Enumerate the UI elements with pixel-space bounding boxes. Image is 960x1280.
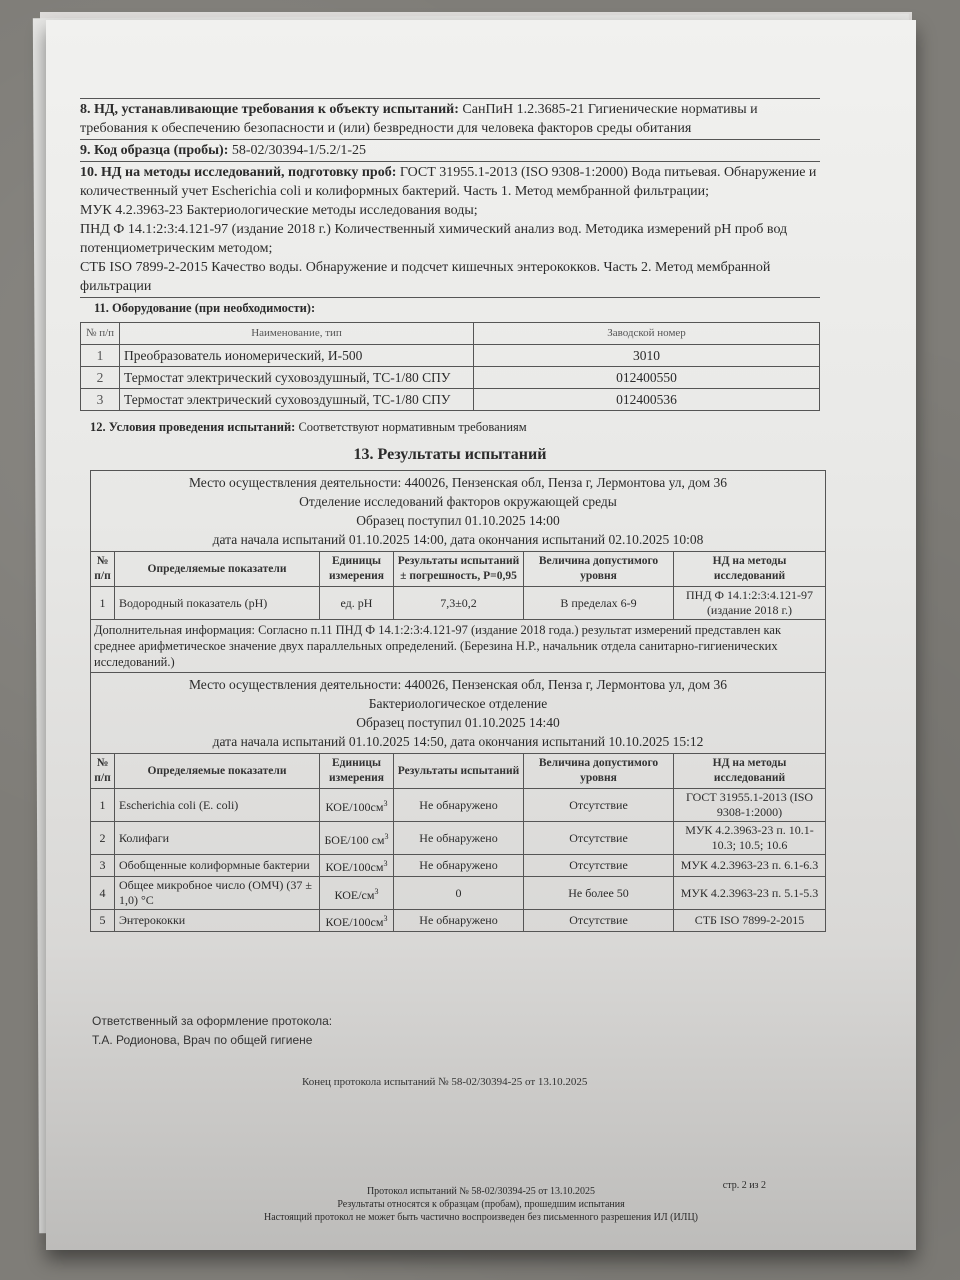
col-header: Наименование, тип (120, 323, 474, 345)
unit-exponent: 3 (383, 914, 387, 923)
col-header: № п/п (81, 323, 120, 345)
row-number: 1 (91, 789, 115, 822)
unit-exponent: 3 (383, 859, 387, 868)
method: МУК 4.2.3963-23 п. 10.1-10.3; 10.5; 10.6 (674, 822, 826, 855)
equipment-table: № п/п Наименование, тип Заводской номер … (80, 322, 820, 411)
col-header: Величина допустимого уровня (524, 552, 674, 587)
footer-line: Протокол испытаний № 58-02/30394-25 от 1… (46, 1185, 916, 1198)
col-header: НД на методы исследований (674, 754, 826, 789)
table-row: 5ЭнтерококкиКОЕ/100см3Не обнаруженоОтсут… (91, 910, 826, 932)
col-header: Единицы измерения (320, 754, 394, 789)
indicator: Водородный показатель (pH) (115, 587, 320, 620)
results-title: 13. Результаты испытаний (80, 445, 820, 464)
unit-text: БОЕ/100 см (324, 833, 384, 847)
col-header: Определяемые показатели (115, 552, 320, 587)
col-header: Заводской номер (474, 323, 820, 345)
equipment-name: Термостат электрический суховоздушный, Т… (120, 367, 474, 389)
result: 7,3±0,2 (394, 587, 524, 620)
sample-received: Образец поступил 01.10.2025 14:00 (91, 511, 825, 530)
section-11: 11. Оборудование (при необходимости): № … (80, 297, 820, 412)
limit: В пределах 6-9 (524, 587, 674, 620)
equipment-header-row: № п/п Наименование, тип Заводской номер (81, 323, 820, 345)
block-header: Место осуществления деятельности: 440026… (91, 471, 826, 552)
col-header: Определяемые показатели (115, 754, 320, 789)
method: МУК 4.2.3963-23 п. 6.1-6.3 (674, 855, 826, 877)
col-header: Единицы измерения (320, 552, 394, 587)
test-dates: дата начала испытаний 01.10.2025 14:00, … (91, 530, 825, 549)
section-9: 9. Код образца (пробы): 58-02/30394-1/5.… (80, 139, 820, 161)
unit-exponent: 3 (385, 832, 389, 841)
activity-location: Место осуществления деятельности: 440026… (91, 675, 825, 694)
col-header: Результаты испытаний ± погрешность, Р=0,… (394, 552, 524, 587)
col-header: № п/п (91, 552, 115, 587)
indicator: Общее микробное число (ОМЧ) (37 ± 1,0) °… (115, 877, 320, 910)
responsible-block: Ответственный за оформление протокола: Т… (92, 1012, 332, 1050)
test-dates: дата начала испытаний 01.10.2025 14:50, … (91, 732, 825, 751)
footer-line: Настоящий протокол не может быть частичн… (46, 1211, 916, 1224)
row-number: 3 (91, 855, 115, 877)
document-page: 8. НД, устанавливающие требования к объе… (46, 20, 916, 1250)
indicator: Escherichia coli (E. coli) (115, 789, 320, 822)
method: ПНД Ф 14.1:2:3:4.121-97 (издание 2018 г.… (674, 587, 826, 620)
method-line: ПНД Ф 14.1:2:3:4.121-97 (издание 2018 г.… (80, 222, 787, 256)
results-header-row: № п/п Определяемые показатели Единицы из… (91, 552, 826, 587)
limit: Отсутствие (524, 855, 674, 877)
unit-exponent: 3 (374, 887, 378, 896)
section-8-label: 8. НД, устанавливающие требования к объе… (80, 102, 459, 117)
unit: КОЕ/100см3 (320, 789, 394, 822)
sample-code: 58-02/30394-1/5.2/1-25 (232, 143, 366, 158)
serial-number: 3010 (474, 345, 820, 367)
row-number: 2 (81, 367, 120, 389)
table-row: 4Общее микробное число (ОМЧ) (37 ± 1,0) … (91, 877, 826, 910)
indicator: Обобщенные колиформные бактерии (115, 855, 320, 877)
test-conditions: Соответствуют нормативным требованиям (298, 420, 526, 434)
section-9-label: 9. Код образца (пробы): (80, 143, 228, 158)
limit: Отсутствие (524, 789, 674, 822)
unit-text: КОЕ/100см (326, 915, 384, 929)
unit: КОЕ/100см3 (320, 910, 394, 932)
limit: Отсутствие (524, 910, 674, 932)
col-header: № п/п (91, 754, 115, 789)
footer-line: Результаты относятся к образцам (пробам)… (46, 1198, 916, 1211)
equipment-name: Термостат электрический суховоздушный, Т… (120, 389, 474, 411)
limit: Отсутствие (524, 822, 674, 855)
row-number: 4 (91, 877, 115, 910)
row-number: 1 (81, 345, 120, 367)
indicator: Энтерококки (115, 910, 320, 932)
serial-number: 012400536 (474, 389, 820, 411)
table-row: 1Escherichia coli (E. coli)КОЕ/100см3Не … (91, 789, 826, 822)
additional-info-row: Дополнительная информация: Согласно п.11… (91, 620, 826, 673)
section-11-label: 11. Оборудование (при необходимости): (94, 299, 820, 318)
method-line: СТБ ISO 7899-2-2015 Качество воды. Обнар… (80, 260, 770, 294)
end-of-protocol: Конец протокола испытаний № 58-02/30394-… (302, 1076, 587, 1088)
department: Бактериологическое отделение (91, 694, 825, 713)
department: Отделение исследований факторов окружающ… (91, 492, 825, 511)
section-10: 10. НД на методы исследований, подготовк… (80, 161, 820, 297)
sample-received: Образец поступил 01.10.2025 14:40 (91, 713, 825, 732)
unit-text: КОЕ/см (335, 888, 375, 902)
result: Не обнаружено (394, 822, 524, 855)
table-row: 3 Термостат электрический суховоздушный,… (81, 389, 820, 411)
row-number: 2 (91, 822, 115, 855)
col-header: НД на методы исследований (674, 552, 826, 587)
activity-location: Место осуществления деятельности: 440026… (91, 473, 825, 492)
protocol-body: 8. НД, устанавливающие требования к объе… (80, 98, 820, 932)
section-12: 12. Условия проведения испытаний: Соотве… (90, 418, 820, 437)
equipment-name: Преобразователь иономерический, И-500 (120, 345, 474, 367)
block-header: Место осуществления деятельности: 440026… (91, 673, 826, 754)
unit-text: КОЕ/100см (326, 860, 384, 874)
results-header-row: № п/п Определяемые показатели Единицы из… (91, 754, 826, 789)
result: 0 (394, 877, 524, 910)
method: МУК 4.2.3963-23 п. 5.1-5.3 (674, 877, 826, 910)
result: Не обнаружено (394, 789, 524, 822)
additional-info: Дополнительная информация: Согласно п.11… (91, 620, 826, 673)
unit-exponent: 3 (383, 799, 387, 808)
limit: Не более 50 (524, 877, 674, 910)
col-header: Величина допустимого уровня (524, 754, 674, 789)
table-row: 2 Термостат электрический суховоздушный,… (81, 367, 820, 389)
page-footer: Протокол испытаний № 58-02/30394-25 от 1… (46, 1185, 916, 1224)
table-row: 1 Водородный показатель (pH) ед. pH 7,3±… (91, 587, 826, 620)
col-header: Результаты испытаний (394, 754, 524, 789)
bacteriology-rows: 1Escherichia coli (E. coli)КОЕ/100см3Не … (91, 789, 826, 932)
table-row: 2КолифагиБОЕ/100 см3Не обнаруженоОтсутст… (91, 822, 826, 855)
method: ГОСТ 31955.1-2013 (ISO 9308-1:2000) (674, 789, 826, 822)
row-number: 5 (91, 910, 115, 932)
section-8: 8. НД, устанавливающие требования к объе… (80, 98, 820, 139)
section-10-label: 10. НД на методы исследований, подготовк… (80, 165, 396, 180)
responsible-label: Ответственный за оформление протокола: (92, 1012, 332, 1031)
results-table: Место осуществления деятельности: 440026… (90, 470, 826, 932)
unit: ед. pH (320, 587, 394, 620)
method-line: МУК 4.2.3963-23 Бактериологические метод… (80, 203, 478, 218)
unit: БОЕ/100 см3 (320, 822, 394, 855)
row-number: 1 (91, 587, 115, 620)
responsible-person: Т.А. Родионова, Врач по общей гигиене (92, 1031, 332, 1050)
row-number: 3 (81, 389, 120, 411)
unit: КОЕ/100см3 (320, 855, 394, 877)
method: СТБ ISO 7899-2-2015 (674, 910, 826, 932)
table-row: 3Обобщенные колиформные бактерииКОЕ/100с… (91, 855, 826, 877)
indicator: Колифаги (115, 822, 320, 855)
table-row: 1 Преобразователь иономерический, И-500 … (81, 345, 820, 367)
result: Не обнаружено (394, 855, 524, 877)
serial-number: 012400550 (474, 367, 820, 389)
result: Не обнаружено (394, 910, 524, 932)
unit: КОЕ/см3 (320, 877, 394, 910)
unit-text: КОЕ/100см (326, 800, 384, 814)
section-12-label: 12. Условия проведения испытаний: (90, 420, 295, 434)
